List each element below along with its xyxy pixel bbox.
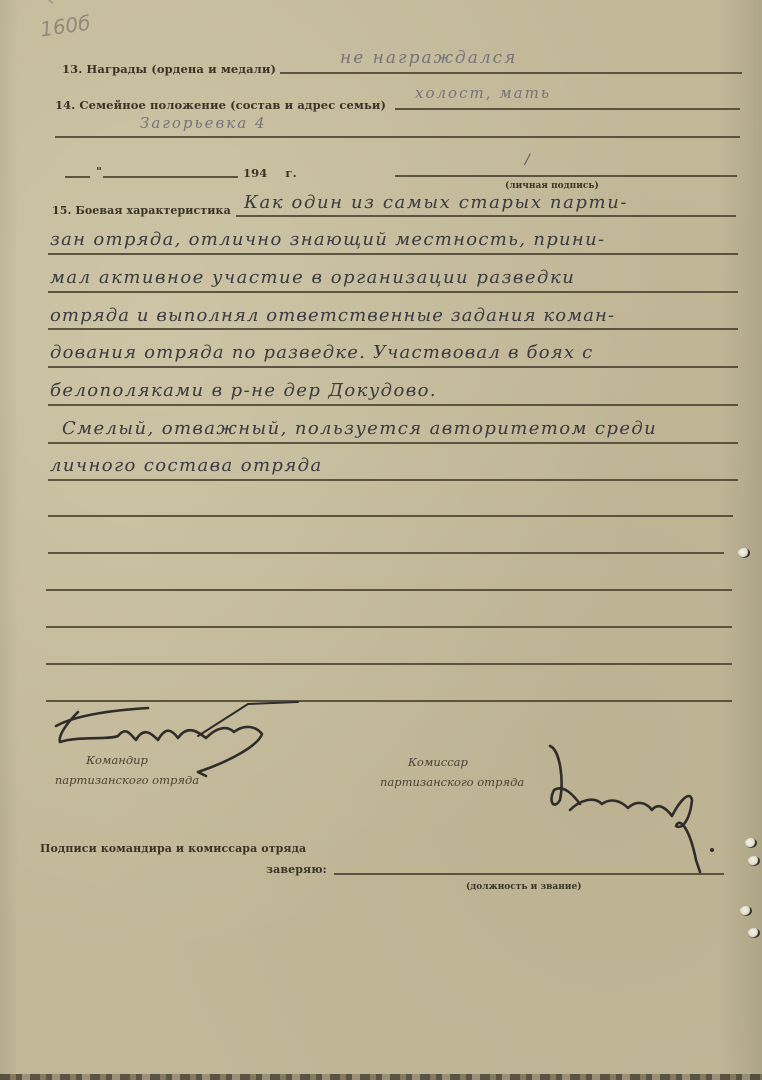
characteristic-rule-7: [48, 442, 738, 444]
field-13-line: [280, 72, 742, 74]
punch-hole: [738, 548, 750, 558]
characteristic-rule-8: [48, 479, 738, 481]
field-14-line2: [55, 136, 740, 138]
field-15-label: 15. Боевая характеристика: [52, 204, 231, 217]
characteristic-line-1: Как один из самых старых парти-: [244, 192, 628, 213]
certification-line: [334, 873, 724, 875]
characteristic-rule-1: [236, 215, 736, 217]
characteristic-line-8: личного состава отряда: [50, 455, 323, 476]
personal-signature-line: [395, 175, 737, 177]
page-bottom-edge: [0, 1074, 762, 1080]
date-year-prefix: 194: [243, 166, 267, 180]
field-14-value: холост, мать: [415, 84, 551, 102]
blank-rule-5: [46, 663, 732, 665]
date-day-line: [65, 176, 90, 178]
characteristic-line-4: отряда и выполнял ответственные задания …: [50, 305, 615, 326]
field-14-number: 14.: [55, 98, 75, 112]
commissar-title-line2: партизанского отряда: [380, 772, 540, 792]
date-year-suffix: г.: [285, 166, 296, 180]
characteristic-rule-5: [48, 366, 738, 368]
field-13-value: не награждался: [340, 48, 517, 68]
commander-title-line1: Командир: [42, 750, 212, 770]
blank-rule-3: [46, 589, 732, 591]
field-14-value-line2: Загорьевка 4: [140, 114, 267, 132]
punch-hole: [748, 856, 760, 866]
field-15-number: 15.: [52, 204, 71, 217]
characteristic-line-6: белополяками в р-не дер Докудово.: [50, 380, 437, 401]
characteristic-rule-6: [48, 404, 738, 406]
commissar-signature-icon: [540, 740, 720, 880]
characteristic-rule-3: [48, 291, 738, 293]
commissar-title-line1: Комиссар: [380, 752, 540, 772]
commander-title-line2: партизанского отряда: [42, 770, 212, 790]
commissar-title: Комиссар партизанского отряда: [380, 752, 540, 792]
certification-label-2: заверяю:: [266, 863, 327, 876]
characteristic-line-5: дования отряда по разведке. Участвовал в…: [50, 342, 593, 363]
commander-title: Командир партизанского отряда: [42, 750, 212, 790]
certification-label: Подписи командира и комиссара отряда: [40, 842, 306, 855]
characteristic-line-3: мал активное участие в организации разве…: [50, 267, 575, 288]
field-14-text: Семейное положение (состав и адрес семьи…: [79, 98, 386, 112]
punch-hole: [748, 928, 760, 938]
punch-hole: [740, 906, 752, 916]
certification-caption: (должность и звание): [466, 882, 581, 892]
field-13-number: 13.: [62, 62, 82, 76]
date-quote: ": [96, 164, 102, 178]
field-13-label: 13. Награды (ордена и медали): [62, 62, 276, 76]
corner-fold-mark: [32, 0, 53, 4]
personal-signature-caption: (личная подпись): [505, 181, 599, 191]
characteristic-rule-4: [48, 328, 738, 330]
field-14-line: [395, 108, 740, 110]
blank-rule-1: [48, 515, 733, 517]
personal-signature-mark: /: [525, 152, 530, 168]
field-13-text: Награды (ордена и медали): [86, 62, 276, 76]
blank-rule-4: [46, 626, 732, 628]
archive-number: 160б: [39, 11, 92, 42]
punch-hole: [745, 838, 757, 848]
date-year: 194 г.: [243, 166, 297, 180]
date-month-line: [103, 176, 238, 178]
characteristic-line-2: зан отряда, отлично знающий местность, п…: [50, 229, 605, 250]
blank-rule-2: [48, 552, 724, 554]
field-14-label: 14. Семейное положение (состав и адрес с…: [55, 98, 386, 112]
commissar-signature: [540, 740, 720, 880]
characteristic-rule-2: [48, 253, 738, 255]
field-15-text: Боевая характеристика: [75, 204, 230, 217]
characteristic-line-7: Смелый, отважный, пользуется авторитетом…: [62, 418, 657, 439]
